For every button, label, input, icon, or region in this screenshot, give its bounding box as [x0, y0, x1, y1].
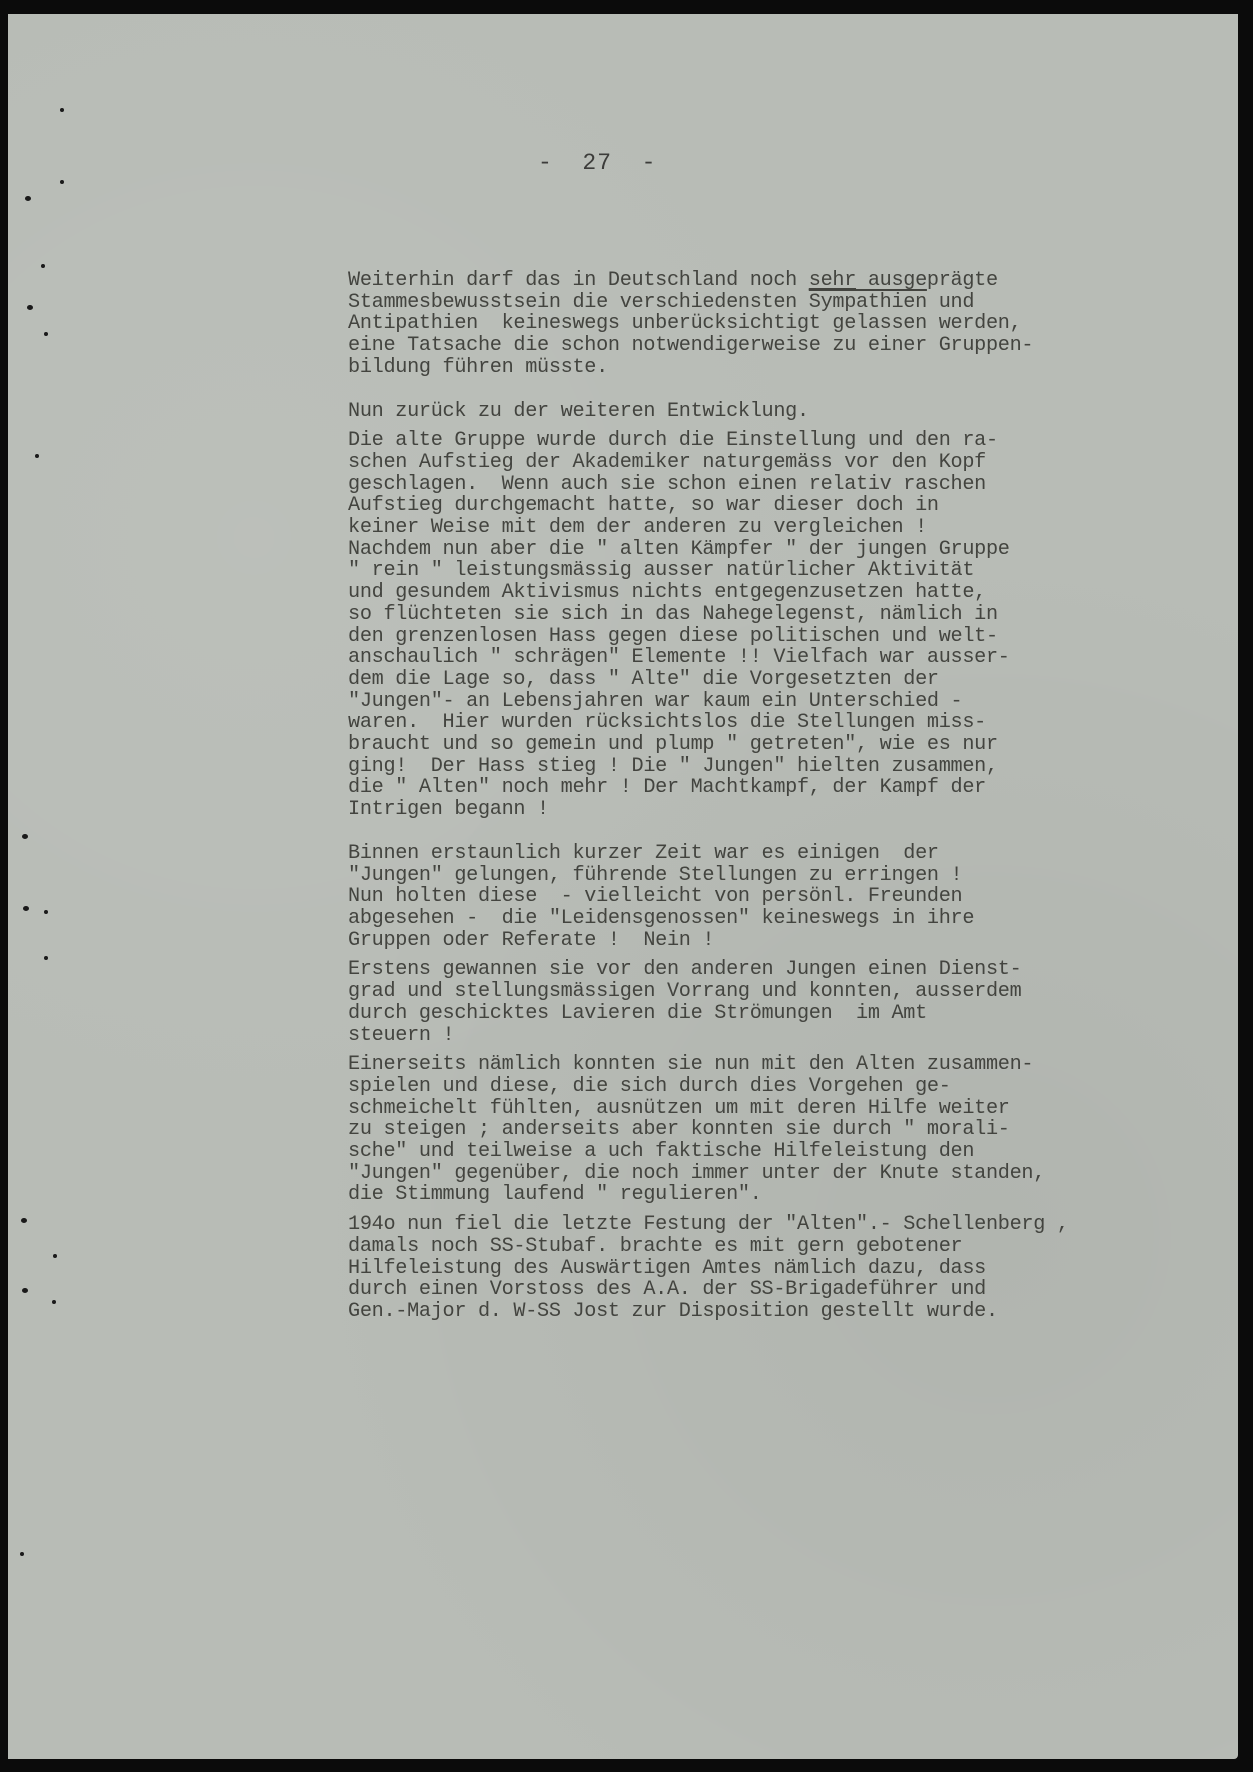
text-segment: Weiterhin darf das in Deutschland noch — [348, 269, 809, 292]
text-segment: Stammesbewusstsein die verschiedensten — [348, 291, 809, 314]
paragraph: Die alte Gruppe wurde durch die Einstell… — [348, 430, 1228, 821]
text-line: "Jungen" gegenüber, die noch immer unter… — [348, 1163, 1228, 1185]
paragraph: Nun zurück zu der weiteren Entwicklung. — [348, 401, 1228, 423]
text-line: bildung führen müsste. — [348, 357, 1228, 379]
text-line: Binnen erstaunlich kurzer Zeit war es ei… — [348, 843, 1228, 865]
underlined-word: Sympathien — [809, 291, 927, 314]
text-line: durch geschicktes Lavieren die Strömunge… — [348, 1003, 1228, 1025]
text-line: 194o nun fiel die letzte Festung der "Al… — [348, 1214, 1228, 1236]
text-line: Intrigen begann ! — [348, 799, 1228, 821]
paragraph: Binnen erstaunlich kurzer Zeit war es ei… — [348, 843, 1228, 952]
text-line: spielen und diese, die sich durch dies V… — [348, 1076, 1228, 1098]
text-line: sche" und teilweise a uch faktische Hilf… — [348, 1141, 1228, 1163]
margin-speck — [53, 1254, 57, 1258]
margin-speck — [21, 1218, 27, 1223]
text-line: grad und stellungsmässigen Vorrang und k… — [348, 981, 1228, 1003]
text-line: keiner Weise mit dem der anderen zu verg… — [348, 517, 1228, 539]
text-line: steuern ! — [348, 1025, 1228, 1047]
text-line: Einerseits nämlich konnten sie nun mit d… — [348, 1054, 1228, 1076]
text-line: Aufstieg durchgemacht hatte, so war dies… — [348, 495, 1228, 517]
margin-speck — [25, 196, 31, 201]
page-number: - 27 - — [538, 150, 656, 176]
paragraph: Erstens gewannen sie vor den anderen Jun… — [348, 959, 1228, 1046]
paragraph: 194o nun fiel die letzte Festung der "Al… — [348, 1214, 1228, 1323]
margin-speck — [35, 454, 39, 458]
text-line: " rein " leistungsmässig ausser natürlic… — [348, 560, 1228, 582]
text-line: eine Tatsache die schon notwendigerweise… — [348, 335, 1228, 357]
margin-speck — [41, 264, 45, 268]
text-line: und gesundem Aktivismus nichts entgegenz… — [348, 582, 1228, 604]
margin-speck — [27, 305, 33, 310]
text-line: durch einen Vorstoss des A.A. der SS-Bri… — [348, 1279, 1228, 1301]
text-line: Weiterhin darf das in Deutschland noch s… — [348, 270, 1228, 292]
text-line: Gruppen oder Referate ! Nein ! — [348, 930, 1228, 952]
text-line: dem die Lage so, dass " Alte" die Vorges… — [348, 669, 1228, 691]
text-line: abgesehen - die "Leidensgenossen" keines… — [348, 908, 1228, 930]
text-line: Nun holten diese - vielleicht von persön… — [348, 886, 1228, 908]
text-line: Antipathien keineswegs unberücksichtigt … — [348, 313, 1228, 335]
text-line: Erstens gewannen sie vor den anderen Jun… — [348, 959, 1228, 981]
text-line: waren. Hier wurden rücksichtslos die Ste… — [348, 712, 1228, 734]
text-line: anschaulich " schrägen" Elemente !! Viel… — [348, 647, 1228, 669]
margin-speck — [20, 1552, 24, 1556]
text-line: Stammesbewusstsein die verschiedensten S… — [348, 292, 1228, 314]
text-line: Die alte Gruppe wurde durch die Einstell… — [348, 430, 1228, 452]
margin-speck — [60, 108, 64, 112]
underlined-word: sehr — [809, 269, 856, 292]
margin-speck — [60, 180, 64, 184]
text-line: die Stimmung laufend " regulieren". — [348, 1184, 1228, 1206]
text-line: Gen.-Major d. W-SS Jost zur Disposition … — [348, 1301, 1228, 1323]
text-segment: ausgeprägte — [856, 269, 998, 292]
body-text: Weiterhin darf das in Deutschland noch s… — [348, 270, 1228, 1323]
text-line: "Jungen"- an Lebensjahren war kaum ein U… — [348, 691, 1228, 713]
text-line: Nachdem nun aber die " alten Kämpfer " d… — [348, 539, 1228, 561]
text-line: "Jungen" gelungen, führende Stellungen z… — [348, 865, 1228, 887]
text-line: so flüchteten sie sich in das Nahegelege… — [348, 604, 1228, 626]
paragraph: Weiterhin darf das in Deutschland noch s… — [348, 270, 1228, 379]
margin-speck — [52, 1300, 56, 1304]
margin-speck — [44, 956, 48, 960]
document-page: - 27 - Weiterhin darf das in Deutschland… — [8, 14, 1238, 1759]
text-line: damals noch SS-Stubaf. brachte es mit ge… — [348, 1236, 1228, 1258]
text-line: schmeichelt fühlten, ausnützen um mit de… — [348, 1098, 1228, 1120]
margin-speck — [44, 910, 48, 914]
margin-speck — [22, 834, 28, 839]
text-line: schen Aufstieg der Akademiker naturgemäs… — [348, 452, 1228, 474]
text-line: Hilfeleistung des Auswärtigen Amtes näml… — [348, 1258, 1228, 1280]
text-line: zu steigen ; anderseits aber konnten sie… — [348, 1119, 1228, 1141]
text-line: geschlagen. Wenn auch sie schon einen re… — [348, 474, 1228, 496]
text-segment: und — [927, 291, 974, 314]
paragraph: Einerseits nämlich konnten sie nun mit d… — [348, 1054, 1228, 1206]
text-line: Nun zurück zu der weiteren Entwicklung. — [348, 401, 1228, 423]
text-line: den grenzenlosen Hass gegen diese politi… — [348, 626, 1228, 648]
text-line: ging! Der Hass stieg ! Die " Jungen" hie… — [348, 756, 1228, 778]
text-line: braucht und so gemein und plump " getret… — [348, 734, 1228, 756]
margin-speck — [44, 332, 48, 336]
text-line: die " Alten" noch mehr ! Der Machtkampf,… — [348, 777, 1228, 799]
margin-speck — [22, 1288, 28, 1293]
margin-speck — [23, 906, 29, 911]
